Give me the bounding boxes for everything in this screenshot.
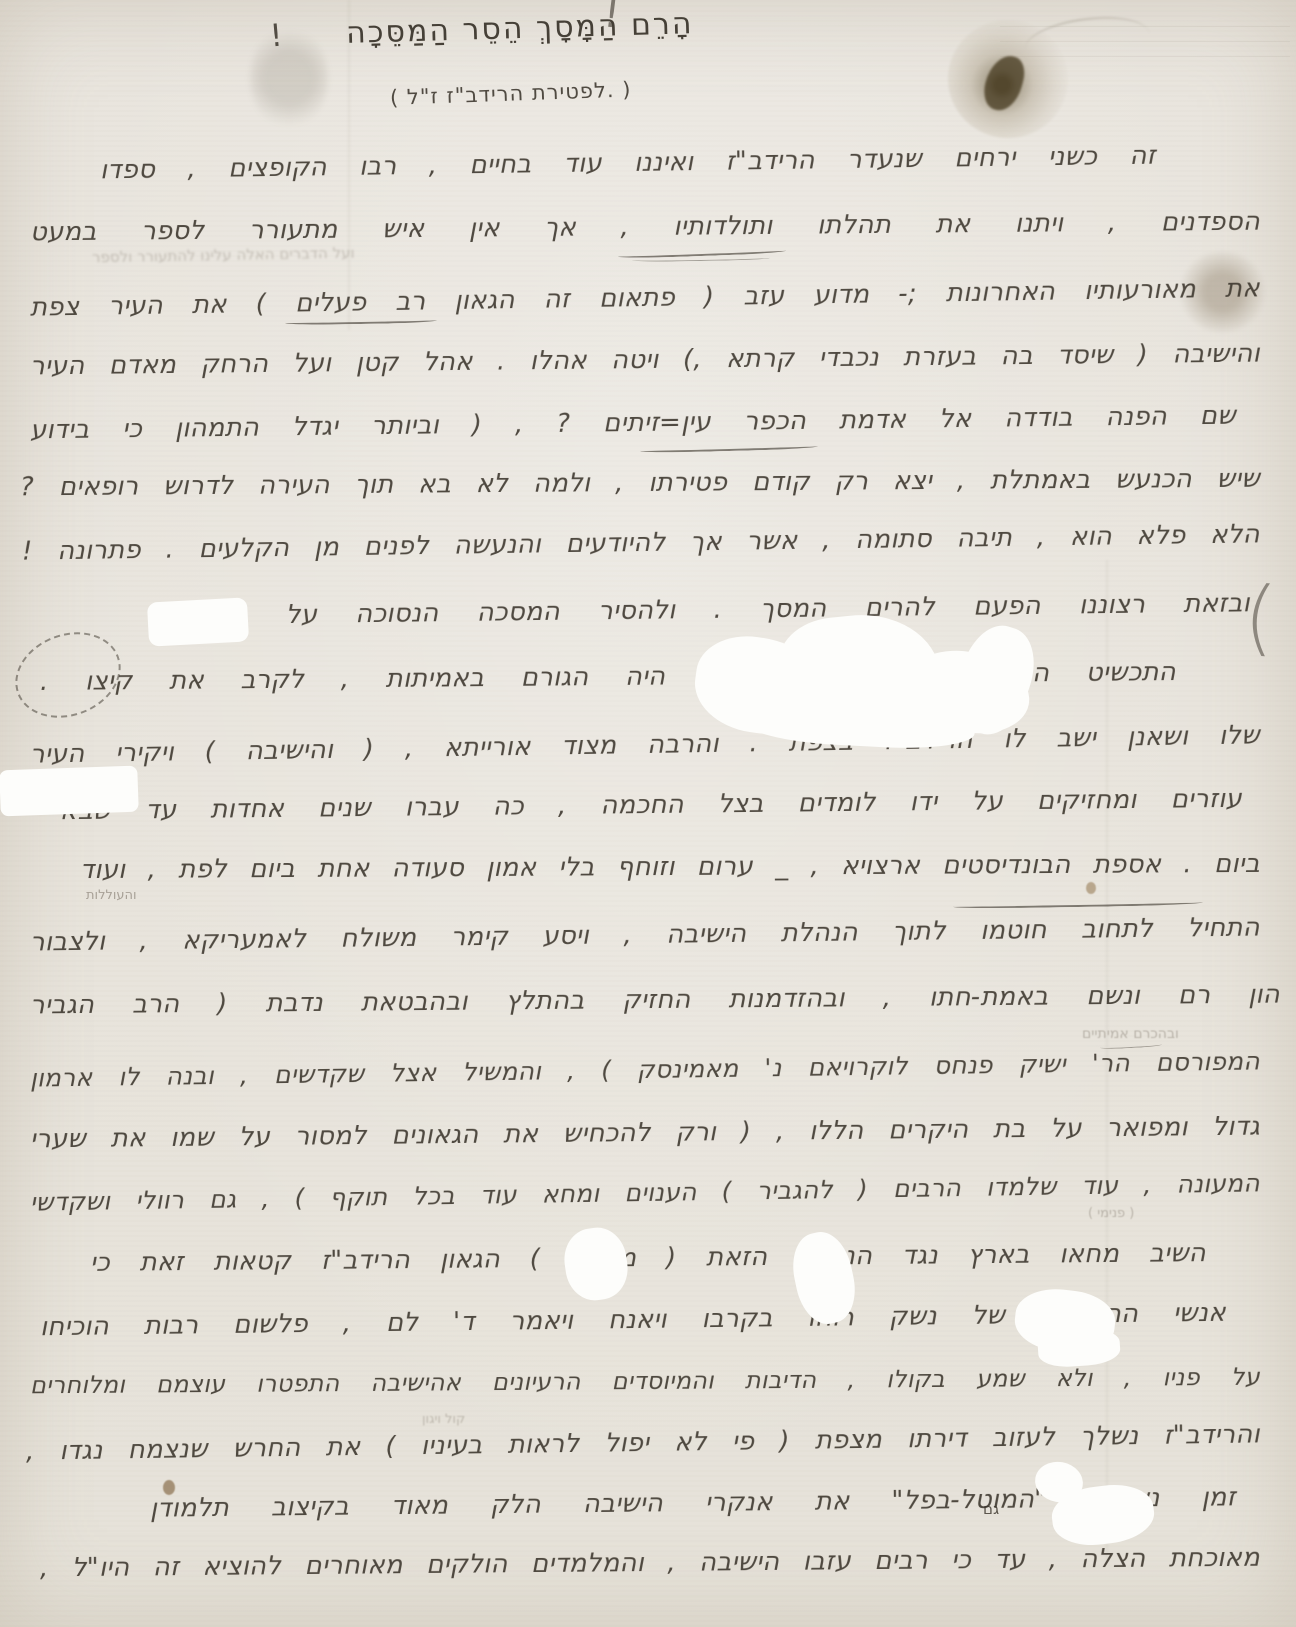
manuscript-line: המעונה , עוד שלמדו הרבים ( להגביר ) הענו… [30, 1168, 1261, 1237]
manuscript-line: מאוכחת הצלה , עד כי רבים עזבו הישיבה , ו… [40, 1543, 1260, 1604]
page-subtitle: ( לפטירת הרידב"ז ז"ל. ) [390, 78, 611, 110]
manuscript-line: על פניו , ולא שמע בקולו , הדיבות והמיוסד… [30, 1363, 1260, 1422]
manuscript-line: זה כשני ירחים שנעדר הרידב"ז ואיננו עוד ב… [100, 141, 1157, 206]
underline-mark [953, 899, 1203, 909]
margin-note: ( פנימי ) [1088, 1206, 1134, 1221]
manuscript-line: ובזאת רצוננו הפעם להרים המסך . ולהסיר המ… [150, 588, 1251, 651]
manuscript-line: הלא פלא הוא , תיבה סתומה , אשר אך להיודע… [22, 519, 1261, 586]
smudge-stain [250, 28, 328, 128]
whiteout-patch [0, 766, 139, 817]
margin-note: גם [983, 1500, 999, 1518]
manuscript-line: התחיל לתחוב חוטמו לתוך הנהלת הישיבה , וי… [30, 912, 1261, 977]
margin-note: קול ויגון [422, 1412, 465, 1427]
title-exclamation: ! [268, 18, 284, 55]
manuscript-line: שם הפנה בודדה אל אדמת הכפר עין=זיתים ? ,… [30, 401, 1237, 466]
manuscript-line: השיב מחאו בארץ נגד הנבלה הזאת ( מעלה ) ה… [90, 1238, 1206, 1298]
manuscript-line: ביום . אספת הבונדיסטים ארצויא , _ ערום ו… [80, 849, 1260, 905]
manuscript-line: המפורסם הר' ישיק פנחס לוקרויאם נ' מאמינס… [30, 1046, 1261, 1113]
ink-stain-core [979, 51, 1028, 114]
whiteout-patch [147, 597, 249, 646]
manuscript-line: שלו ושאנן ישב לו הרידב"ז בצפת . והרבה מצ… [30, 720, 1261, 789]
manuscript-line: גדול ומפואר על בת היקרים הללו , ( ורק לה… [30, 1112, 1260, 1175]
margin-parenthesis: ( [1241, 569, 1280, 666]
margin-note: ובהכרם אמיתיים [1082, 1026, 1179, 1042]
manuscript-page: ! הָרֵם הַמָּסָךְ הֵסֵר הַמַּסֵּכָה ! ( … [0, 0, 1296, 1627]
manuscript-line: עוזרים ומחזיקים על ידו לומדים בצל החכמה … [60, 784, 1242, 846]
margin-note: והעוללות [86, 888, 137, 903]
manuscript-line: את מאורעותיו האחרונות ;- מדוע עזב ( פתאו… [30, 273, 1261, 342]
page-title: הָרֵם הַמָּסָךְ הֵסֵר הַמַּסֵּכָה [346, 8, 627, 51]
manuscript-line: והישיבה ( שיסד בה בעזרת נכבדי קרתא ,) וי… [30, 339, 1260, 402]
manuscript-line: שיש הכנעש באמתלת , יצא רק קודם פטירתו , … [20, 464, 1260, 523]
